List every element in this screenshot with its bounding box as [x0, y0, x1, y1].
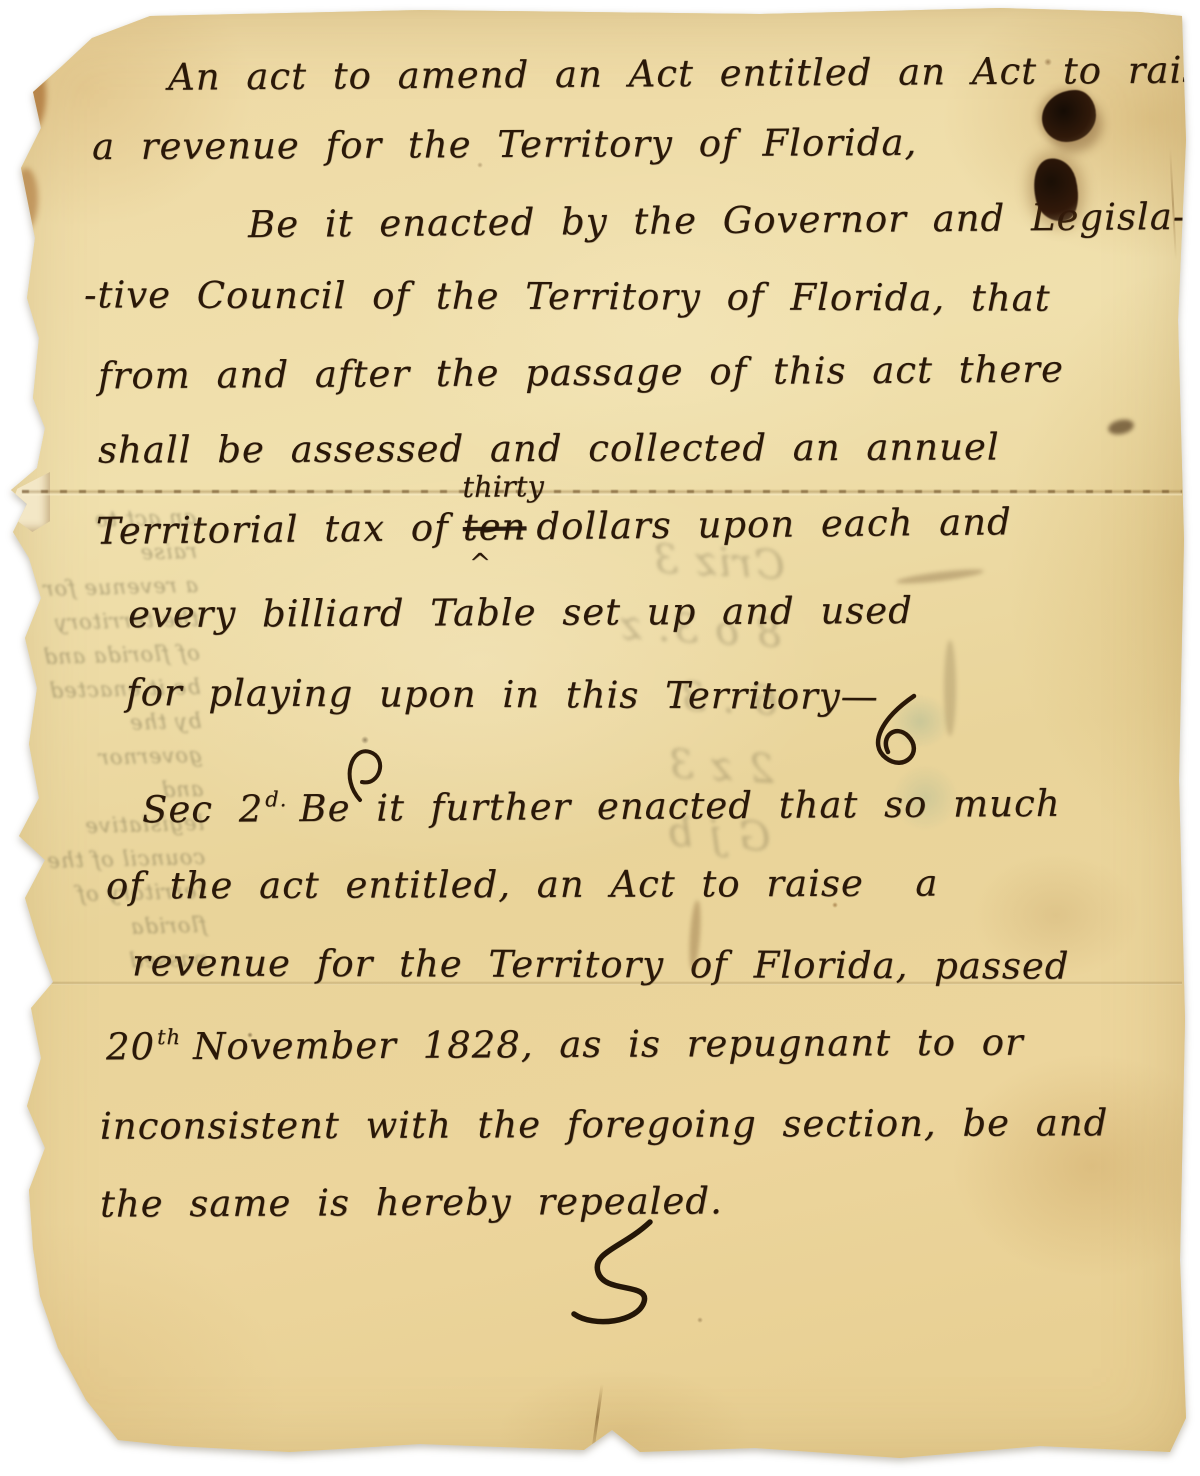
line-segment-post: dollars upon each and [536, 500, 1012, 548]
correction-group: thirtyten^ [463, 508, 527, 546]
manuscript-line-15: the same is hereby repealed. [100, 1182, 723, 1222]
manuscript-line-11: of the act entitled, an Act to raise a [106, 865, 939, 905]
manuscript-line-02: a revenue for the Territory of Florida, [92, 124, 917, 165]
pen-flourish-loop-2-svg [852, 690, 932, 785]
manuscript-line-12: revenue for the Territory of Florida, pa… [132, 944, 1070, 984]
line-segment-pre: Sec 2 [142, 787, 264, 831]
line-segment-pre: Territorial tax of [96, 506, 449, 553]
bleedthrough-text-left: an act to raise a revenue for the territ… [36, 500, 208, 980]
fold-crease-stitching [22, 490, 1182, 493]
pen-flourish-loop-1 [330, 738, 390, 808]
paper-crack-bottom [591, 1384, 603, 1450]
ink-smudge-1 [1107, 417, 1135, 436]
inserted-word: thirty [462, 472, 544, 502]
pen-flourish-loop-1-svg [330, 738, 390, 808]
superscript: d. [265, 787, 287, 811]
manuscript-line-01: An act to amend an Act entitled an Act t… [168, 51, 1200, 95]
ink-blot-large [1042, 90, 1096, 142]
flourish-stroke [350, 751, 381, 800]
manuscript-line-09: for playing upon in this Territory— [126, 674, 879, 715]
pen-flourish-final [552, 1218, 682, 1333]
paper-sheet: an act to raise a revenue for the territ… [0, 0, 1200, 1476]
flourish-stroke [574, 1222, 650, 1322]
ink-smudge-2 [896, 567, 984, 587]
struck-word: ten [463, 505, 527, 549]
manuscript-line-04: -tive Council of the Territory of Florid… [84, 276, 1051, 316]
scanned-document-page: { "page": { "background_color": "#ffffff… [0, 0, 1200, 1476]
manuscript-line-05: from and after the passage of this act t… [98, 351, 1064, 395]
superscript: th [157, 1025, 181, 1049]
pen-flourish-final-svg [552, 1218, 682, 1333]
pen-flourish-loop-2 [852, 690, 932, 785]
edge-stain-top-left-1 [16, 58, 46, 132]
manuscript-line-07: Territorial tax ofthirtyten^dollars upon… [96, 503, 1012, 550]
manuscript-line-06: shall be assessed and collected an annue… [98, 428, 1000, 468]
flourish-stroke [878, 696, 914, 763]
line-segment-pre: 20 [106, 1025, 155, 1068]
manuscript-line-08: every billiard Table set up and used [128, 592, 913, 633]
edge-stain-top-left-2 [14, 168, 38, 230]
manuscript-line-13: 20thNovember 1828, as is repugnant to or [106, 1024, 1024, 1066]
line-segment-post: November 1828, as is repugnant to or [193, 1021, 1024, 1068]
line-segment-post: Be it further enacted that so much [299, 782, 1060, 830]
ink-smudge-3 [944, 640, 956, 736]
caret-mark: ^ [469, 551, 492, 577]
manuscript-line-10: Sec 2d.Be it further enacted that so muc… [142, 785, 1061, 828]
fold-crease-upper [22, 489, 1182, 496]
manuscript-line-14: inconsistent with the foregoing section,… [100, 1104, 1108, 1145]
paper-sheet-shadow: an act to raise a revenue for the territ… [0, 0, 1200, 1476]
torn-paper-flap [8, 472, 50, 532]
